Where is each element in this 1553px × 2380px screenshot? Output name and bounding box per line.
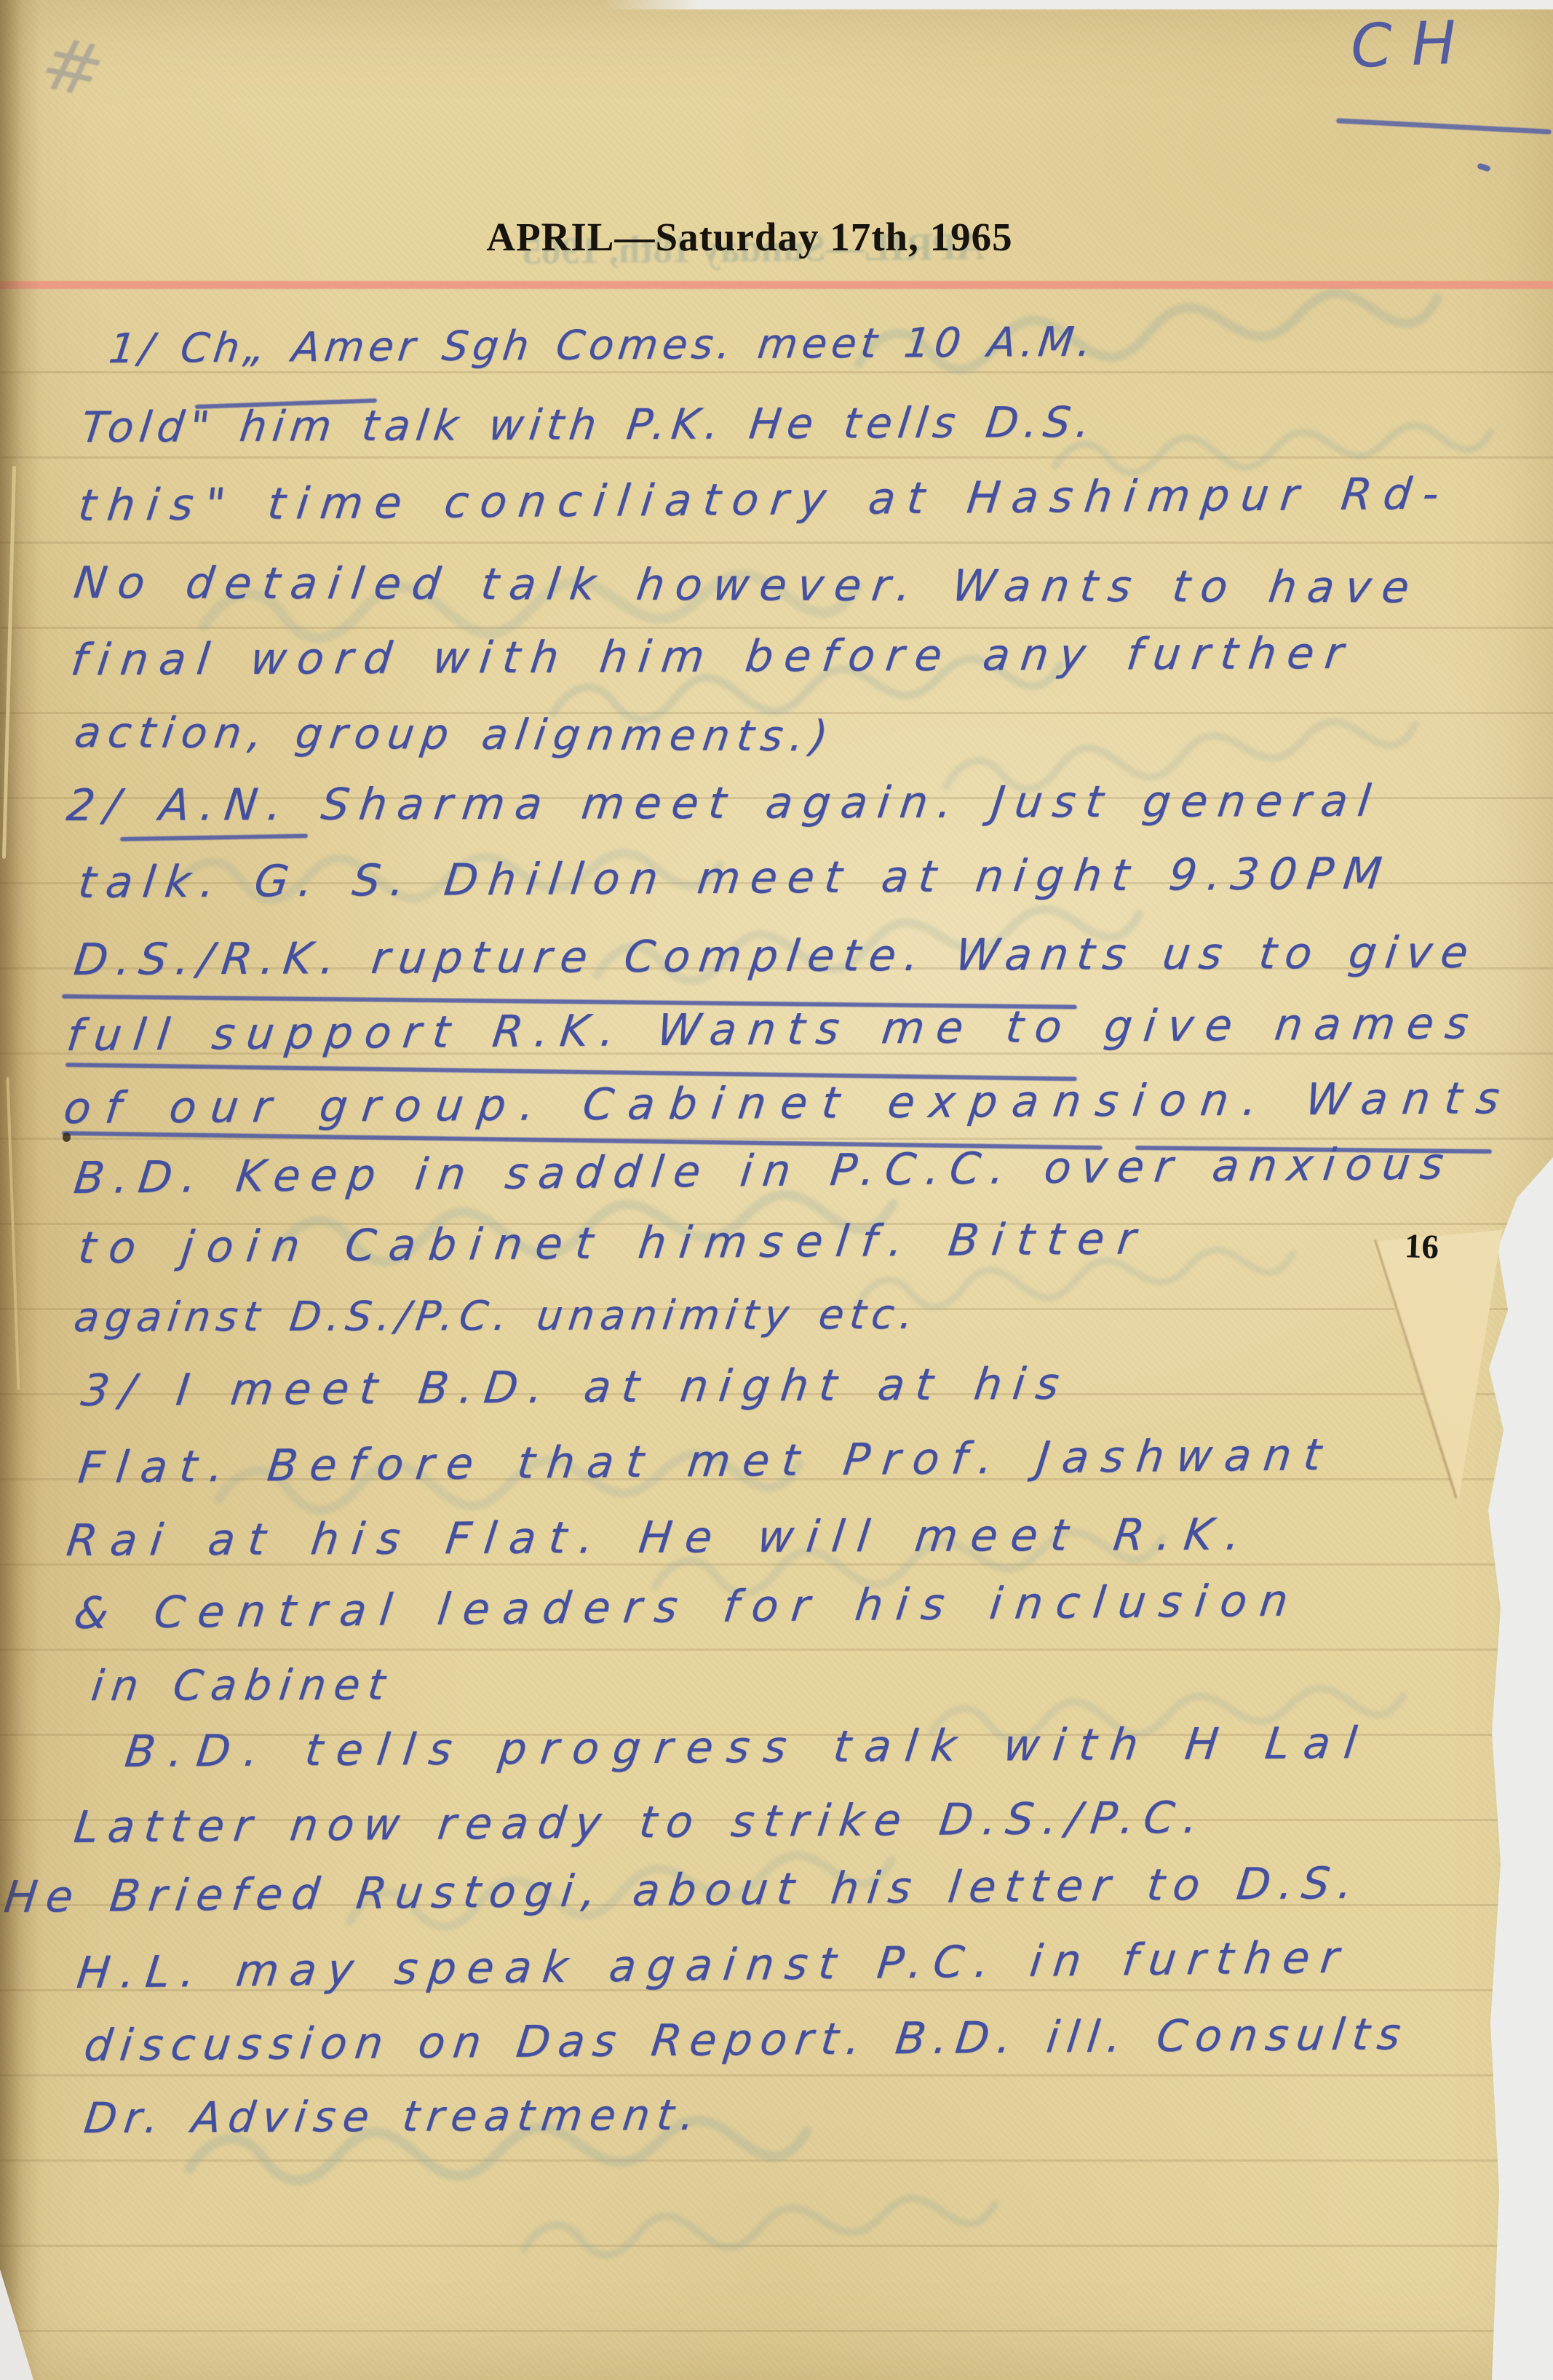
scan-background-top-edge (604, 0, 1553, 9)
entry-line: action, group alignments.) (72, 707, 838, 761)
entry-line: B.D. tells progress talk with H Lal (122, 1718, 1373, 1777)
entry-line: to join Cabinet himself. Bitter (76, 1213, 1151, 1274)
page-number: 16 (1404, 1226, 1439, 1267)
entry-line: Latter now ready to strike D.S./P.C. (71, 1792, 1210, 1853)
diary-page-scan: APRIL—Sunday 18th, 1965 APRIL—Saturday 1… (0, 0, 1553, 2380)
entry-line: Dr. Advise treatment. (82, 2090, 704, 2143)
ink-speck (63, 1133, 71, 1142)
entry-line: of our group. Cabinet expansion. Wants (61, 1073, 1517, 1134)
entry-line: Rai at his Flat. He will meet R.K. (64, 1509, 1256, 1566)
entry-line: D.S./R.K. rupture Complete. Wants us to … (71, 927, 1479, 985)
entry-line: No detailed talk however. Wants to have (71, 558, 1423, 613)
entry-line: 2/ A.N. Sharma meet again. Just general (64, 776, 1383, 831)
ch-ink-initials: CH (1349, 8, 1476, 82)
entry-line: 1/ Ch„ Amer Sgh Comes. meet 10 A.M. (106, 319, 1097, 373)
red-header-rule (0, 281, 1553, 289)
entry-line: against D.S./P.C. unanimity etc. (71, 1291, 921, 1341)
entry-line: talk. G. S. Dhillon meet at night 9.30PM (76, 848, 1394, 908)
entry-line: final word with him before any further (68, 628, 1357, 686)
entry-line: in Cabinet (89, 1660, 396, 1710)
entry-line: 3/ I meet B.D. at night at his (79, 1358, 1073, 1416)
printed-date-header: APRIL—Saturday 17th, 1965 (408, 214, 1092, 260)
